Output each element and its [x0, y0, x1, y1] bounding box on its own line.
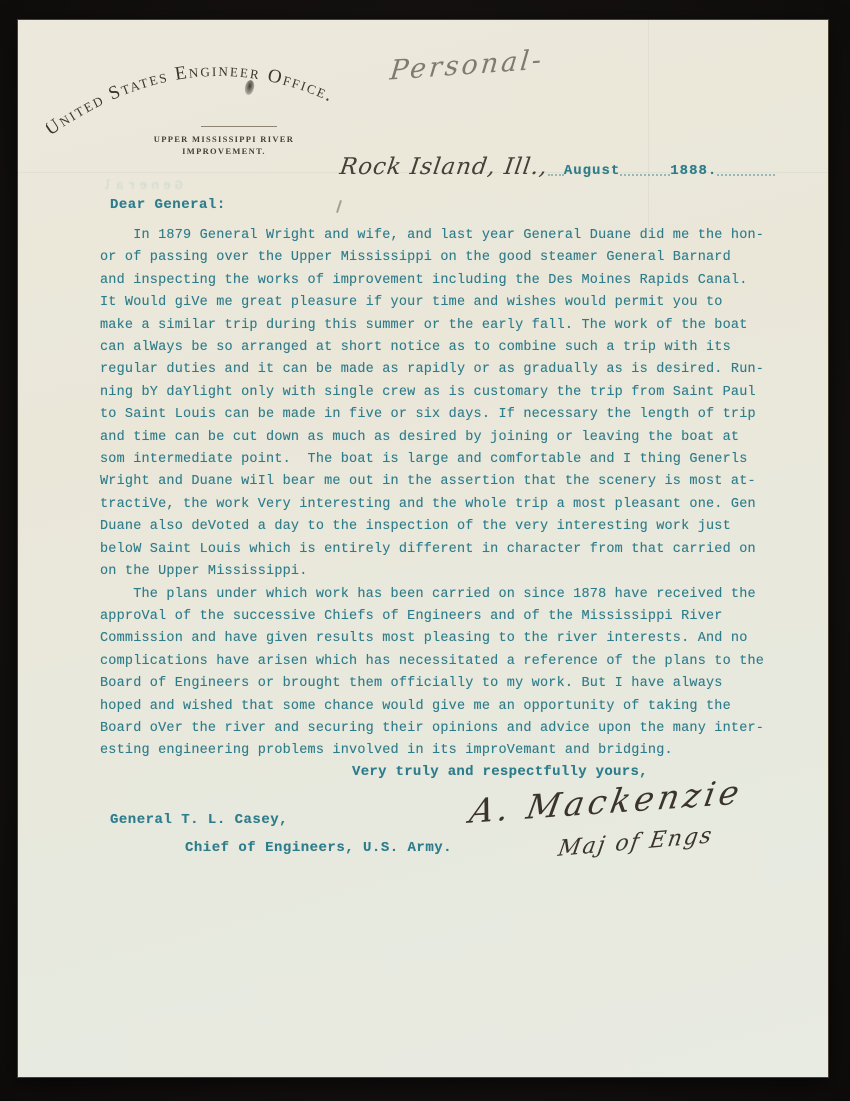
body-line: can alWays be so arranged at short notic… [100, 337, 780, 359]
body-line: complications have arisen which has nece… [100, 651, 780, 673]
body-line: hoped and wished that some chance would … [100, 696, 780, 718]
letter-body: In 1879 General Wright and wife, and las… [100, 225, 780, 763]
letterhead-divider-rule [201, 126, 277, 127]
body-line: tractiVe, the work Very interesting and … [100, 494, 780, 516]
body-line: esting engineering problems involved in … [100, 740, 780, 762]
letterhead-division: UPPER MISSISSIPPI RIVER IMPROVEMENT. [136, 133, 312, 157]
letterhead-division-line2: IMPROVEMENT. [136, 145, 312, 157]
pencil-mark [336, 200, 342, 213]
signature-handwritten: A. Mackenzie [467, 772, 746, 831]
body-line: regular duties and it can be made as rap… [100, 359, 780, 381]
letterhead-arc: United States Engineer Office. [46, 46, 398, 142]
body-line: The plans under which work has been carr… [100, 584, 780, 606]
body-line: Wright and Duane wiIl bear me out in the… [100, 471, 780, 493]
body-line: It Would giVe me great pleasure if your … [100, 292, 780, 314]
handwritten-personal-note: Personal- [389, 44, 546, 86]
body-line: Board of Engineers or brought them offic… [100, 673, 780, 695]
body-line: make a similar trip during this summer o… [100, 315, 780, 337]
dateline-place-handwritten: Rock Island, Ill., [338, 154, 549, 180]
dateline-dotted-rule [620, 174, 670, 176]
body-line: Board oVer the river and securing their … [100, 718, 780, 740]
complimentary-closing: Very truly and respectfully yours, [352, 764, 648, 780]
body-line: to Saint Louis can be made in five or si… [100, 404, 780, 426]
photo-background: { "letterhead": { "office": "United Stat… [0, 0, 850, 1101]
body-line: or of passing over the Upper Mississippi… [100, 247, 780, 269]
body-line: approVal of the successive Chiefs of Eng… [100, 606, 780, 628]
body-line: on the Upper Mississippi. [100, 561, 780, 583]
recipient-name: General T. L. Casey, [110, 812, 288, 828]
dateline-month: August [564, 163, 620, 179]
body-line: Commission and have given results most p… [100, 628, 780, 650]
body-line: beloW Saint Louis which is entirely diff… [100, 539, 780, 561]
body-line: and time can be cut down as much as desi… [100, 427, 780, 449]
body-line: som intermediate point. The boat is larg… [100, 449, 780, 471]
letterhead-division-line1: UPPER MISSISSIPPI RIVER [136, 133, 312, 145]
dateline: Rock Island, Ill., August 1888. [340, 154, 775, 180]
body-line: In 1879 General Wright and wife, and las… [100, 225, 780, 247]
paper-crease-vertical [648, 20, 650, 235]
ink-offset-ghost-text: General [100, 178, 183, 193]
salutation: Dear General: [110, 197, 226, 213]
recipient-title: Chief of Engineers, U.S. Army. [185, 840, 452, 856]
letterhead-office-title: United States Engineer Office. [46, 60, 338, 140]
letter-page: United States Engineer Office. UPPER MIS… [18, 20, 828, 1077]
dateline-dotted-rule [548, 174, 564, 176]
body-line: ning bY daYlight only with single crew a… [100, 382, 780, 404]
body-line: Duane also deVoted a day to the inspecti… [100, 516, 780, 538]
body-line: and inspecting the works of improvement … [100, 270, 780, 292]
signature-rank-handwritten: Maj of Engs [556, 823, 715, 862]
dateline-year: 1888. [670, 163, 717, 179]
dateline-dotted-rule [717, 174, 775, 176]
